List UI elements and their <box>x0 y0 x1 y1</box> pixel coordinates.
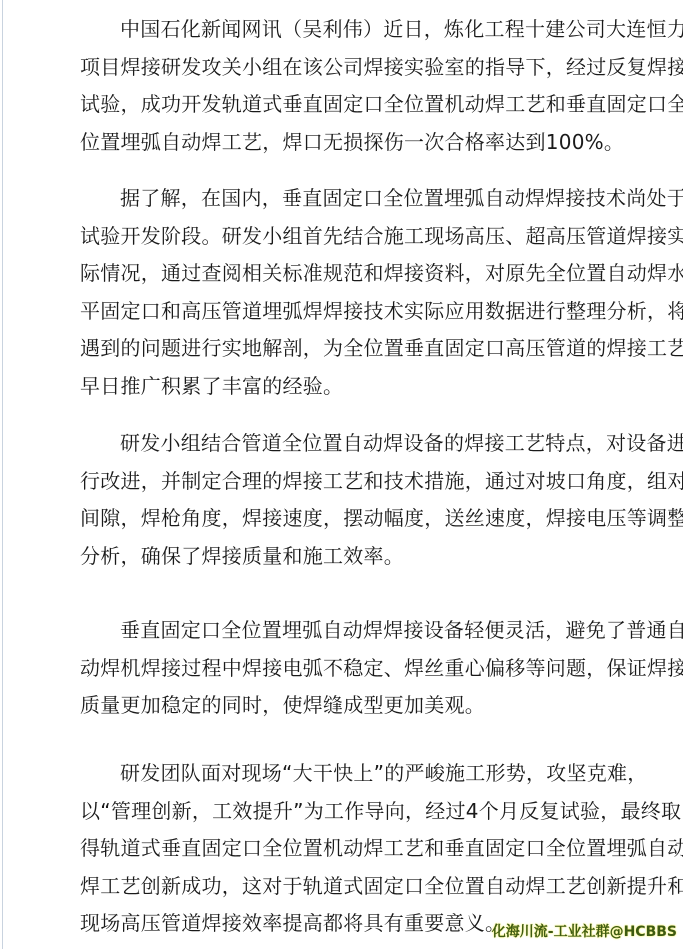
left-border-rule <box>2 0 3 949</box>
paragraph-line: 据了解，在国内，垂直固定口全位置埋弧自动焊焊接技术尚处于 <box>40 180 652 218</box>
paragraph-line: 试验开发阶段。研发小组首先结合施工现场高压、超高压管道焊接实 <box>40 218 652 256</box>
watermark-label: 化海川流-工业社群@HCBBS <box>492 921 677 941</box>
paragraph-line: 以“管理创新，工效提升”为工作导向，经过4个月反复试验，最终取 <box>40 793 652 831</box>
paragraph-line: 分析，确保了焊接质量和施工效率。 <box>40 538 652 576</box>
paragraph-3: 研发小组结合管道全位置自动焊设备的焊接工艺特点，对设备进 行改进，并制定合理的焊… <box>40 425 652 575</box>
paragraph-1: 中国石化新闻网讯（吴利伟）近日，炼化工程十建公司大连恒力 项目焊接研发攻关小组在… <box>40 11 652 161</box>
paragraph-line: 垂直固定口全位置埋弧自动焊焊接设备轻便灵活，避免了普通自 <box>40 612 652 650</box>
paragraph-line: 质量更加稳定的同时，使焊缝成型更加美观。 <box>40 687 652 725</box>
paragraph-line: 研发小组结合管道全位置自动焊设备的焊接工艺特点，对设备进 <box>40 425 652 463</box>
paragraph-line: 动焊机焊接过程中焊接电弧不稳定、焊丝重心偏移等问题，保证焊接 <box>40 650 652 688</box>
paragraph-line: 研发团队面对现场“大干快上”的严峻施工形势，攻坚克难， <box>40 755 652 793</box>
paragraph-line: 焊工艺创新成功，这对于轨道式固定口全位置自动焊工艺创新提升和 <box>40 868 652 906</box>
paragraph-line: 中国石化新闻网讯（吴利伟）近日，炼化工程十建公司大连恒力 <box>40 11 652 49</box>
paragraph-4: 垂直固定口全位置埋弧自动焊焊接设备轻便灵活，避免了普通自 动焊机焊接过程中焊接电… <box>40 612 652 725</box>
paragraph-2: 据了解，在国内，垂直固定口全位置埋弧自动焊焊接技术尚处于 试验开发阶段。研发小组… <box>40 180 652 405</box>
paragraph-line: 际情况，通过查阅相关标准规范和焊接资料，对原先全位置自动焊水 <box>40 255 652 293</box>
paragraph-line: 早日推广积累了丰富的经验。 <box>40 368 652 406</box>
paragraph-line: 试验，成功开发轨道式垂直固定口全位置机动焊工艺和垂直固定口全 <box>40 86 652 124</box>
paragraph-line: 遇到的问题进行实地解剖，为全位置垂直固定口高压管道的焊接工艺 <box>40 330 652 368</box>
paragraph-line: 平固定口和高压管道埋弧焊焊接技术实际应用数据进行整理分析，将 <box>40 293 652 331</box>
paragraph-line: 得轨道式垂直固定口全位置机动焊工艺和垂直固定口全位置埋弧自动 <box>40 830 652 868</box>
paragraph-line: 项目焊接研发攻关小组在该公司焊接实验室的指导下，经过反复焊接 <box>40 49 652 87</box>
paragraph-5: 研发团队面对现场“大干快上”的严峻施工形势，攻坚克难， 以“管理创新，工效提升”… <box>40 755 652 943</box>
paragraph-line: 间隙，焊枪角度，焊接速度，摆动幅度，送丝速度，焊接电压等调整 <box>40 500 652 538</box>
paragraph-line: 行改进，并制定合理的焊接工艺和技术措施，通过对坡口角度，组对 <box>40 463 652 501</box>
paragraph-line: 位置埋弧自动焊工艺，焊口无损探伤一次合格率达到100%。 <box>40 124 652 162</box>
